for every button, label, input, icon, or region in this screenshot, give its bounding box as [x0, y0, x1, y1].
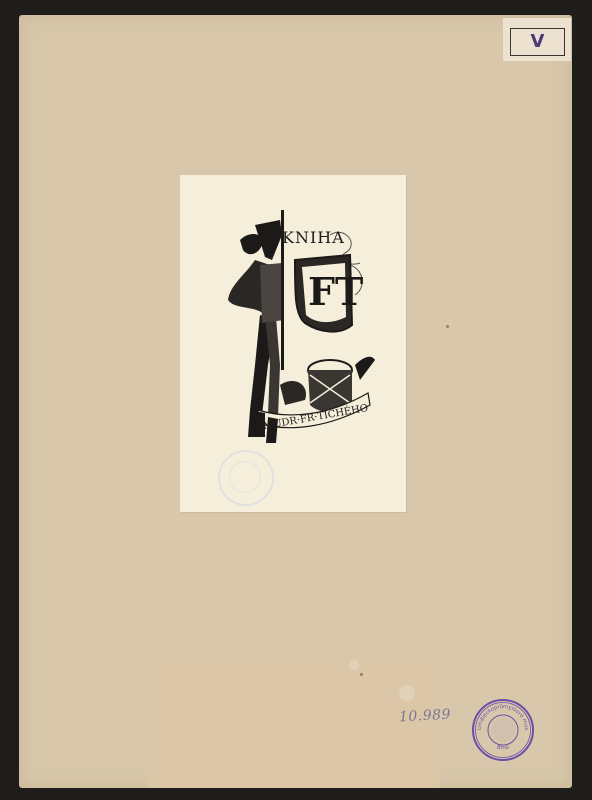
mounting-sheet: V FT KNIHA [19, 15, 572, 788]
inventory-mark: V [531, 33, 545, 51]
discolored-area [147, 658, 439, 788]
inventory-label: V [503, 18, 571, 61]
speck [446, 325, 449, 328]
museum-stamp: Uměleckoprůmyslové museum Brno [471, 698, 535, 762]
ex-libris-engraving: FT KNIHA MUDR·FR·TICHÉHO [210, 205, 375, 450]
svg-text:FT: FT [308, 269, 363, 314]
faded-stamp [218, 450, 274, 506]
inventory-frame: V [510, 28, 565, 56]
foxing-spot [349, 660, 359, 670]
svg-text:KNIHA: KNIHA [282, 228, 345, 247]
speck [360, 673, 363, 676]
handwritten-inventory-number: 10.989 [399, 707, 452, 726]
bookplate-card: FT KNIHA MUDR·FR·TICHÉHO [180, 175, 406, 512]
svg-text:Brno: Brno [496, 744, 510, 751]
foxing-spot [399, 685, 415, 701]
